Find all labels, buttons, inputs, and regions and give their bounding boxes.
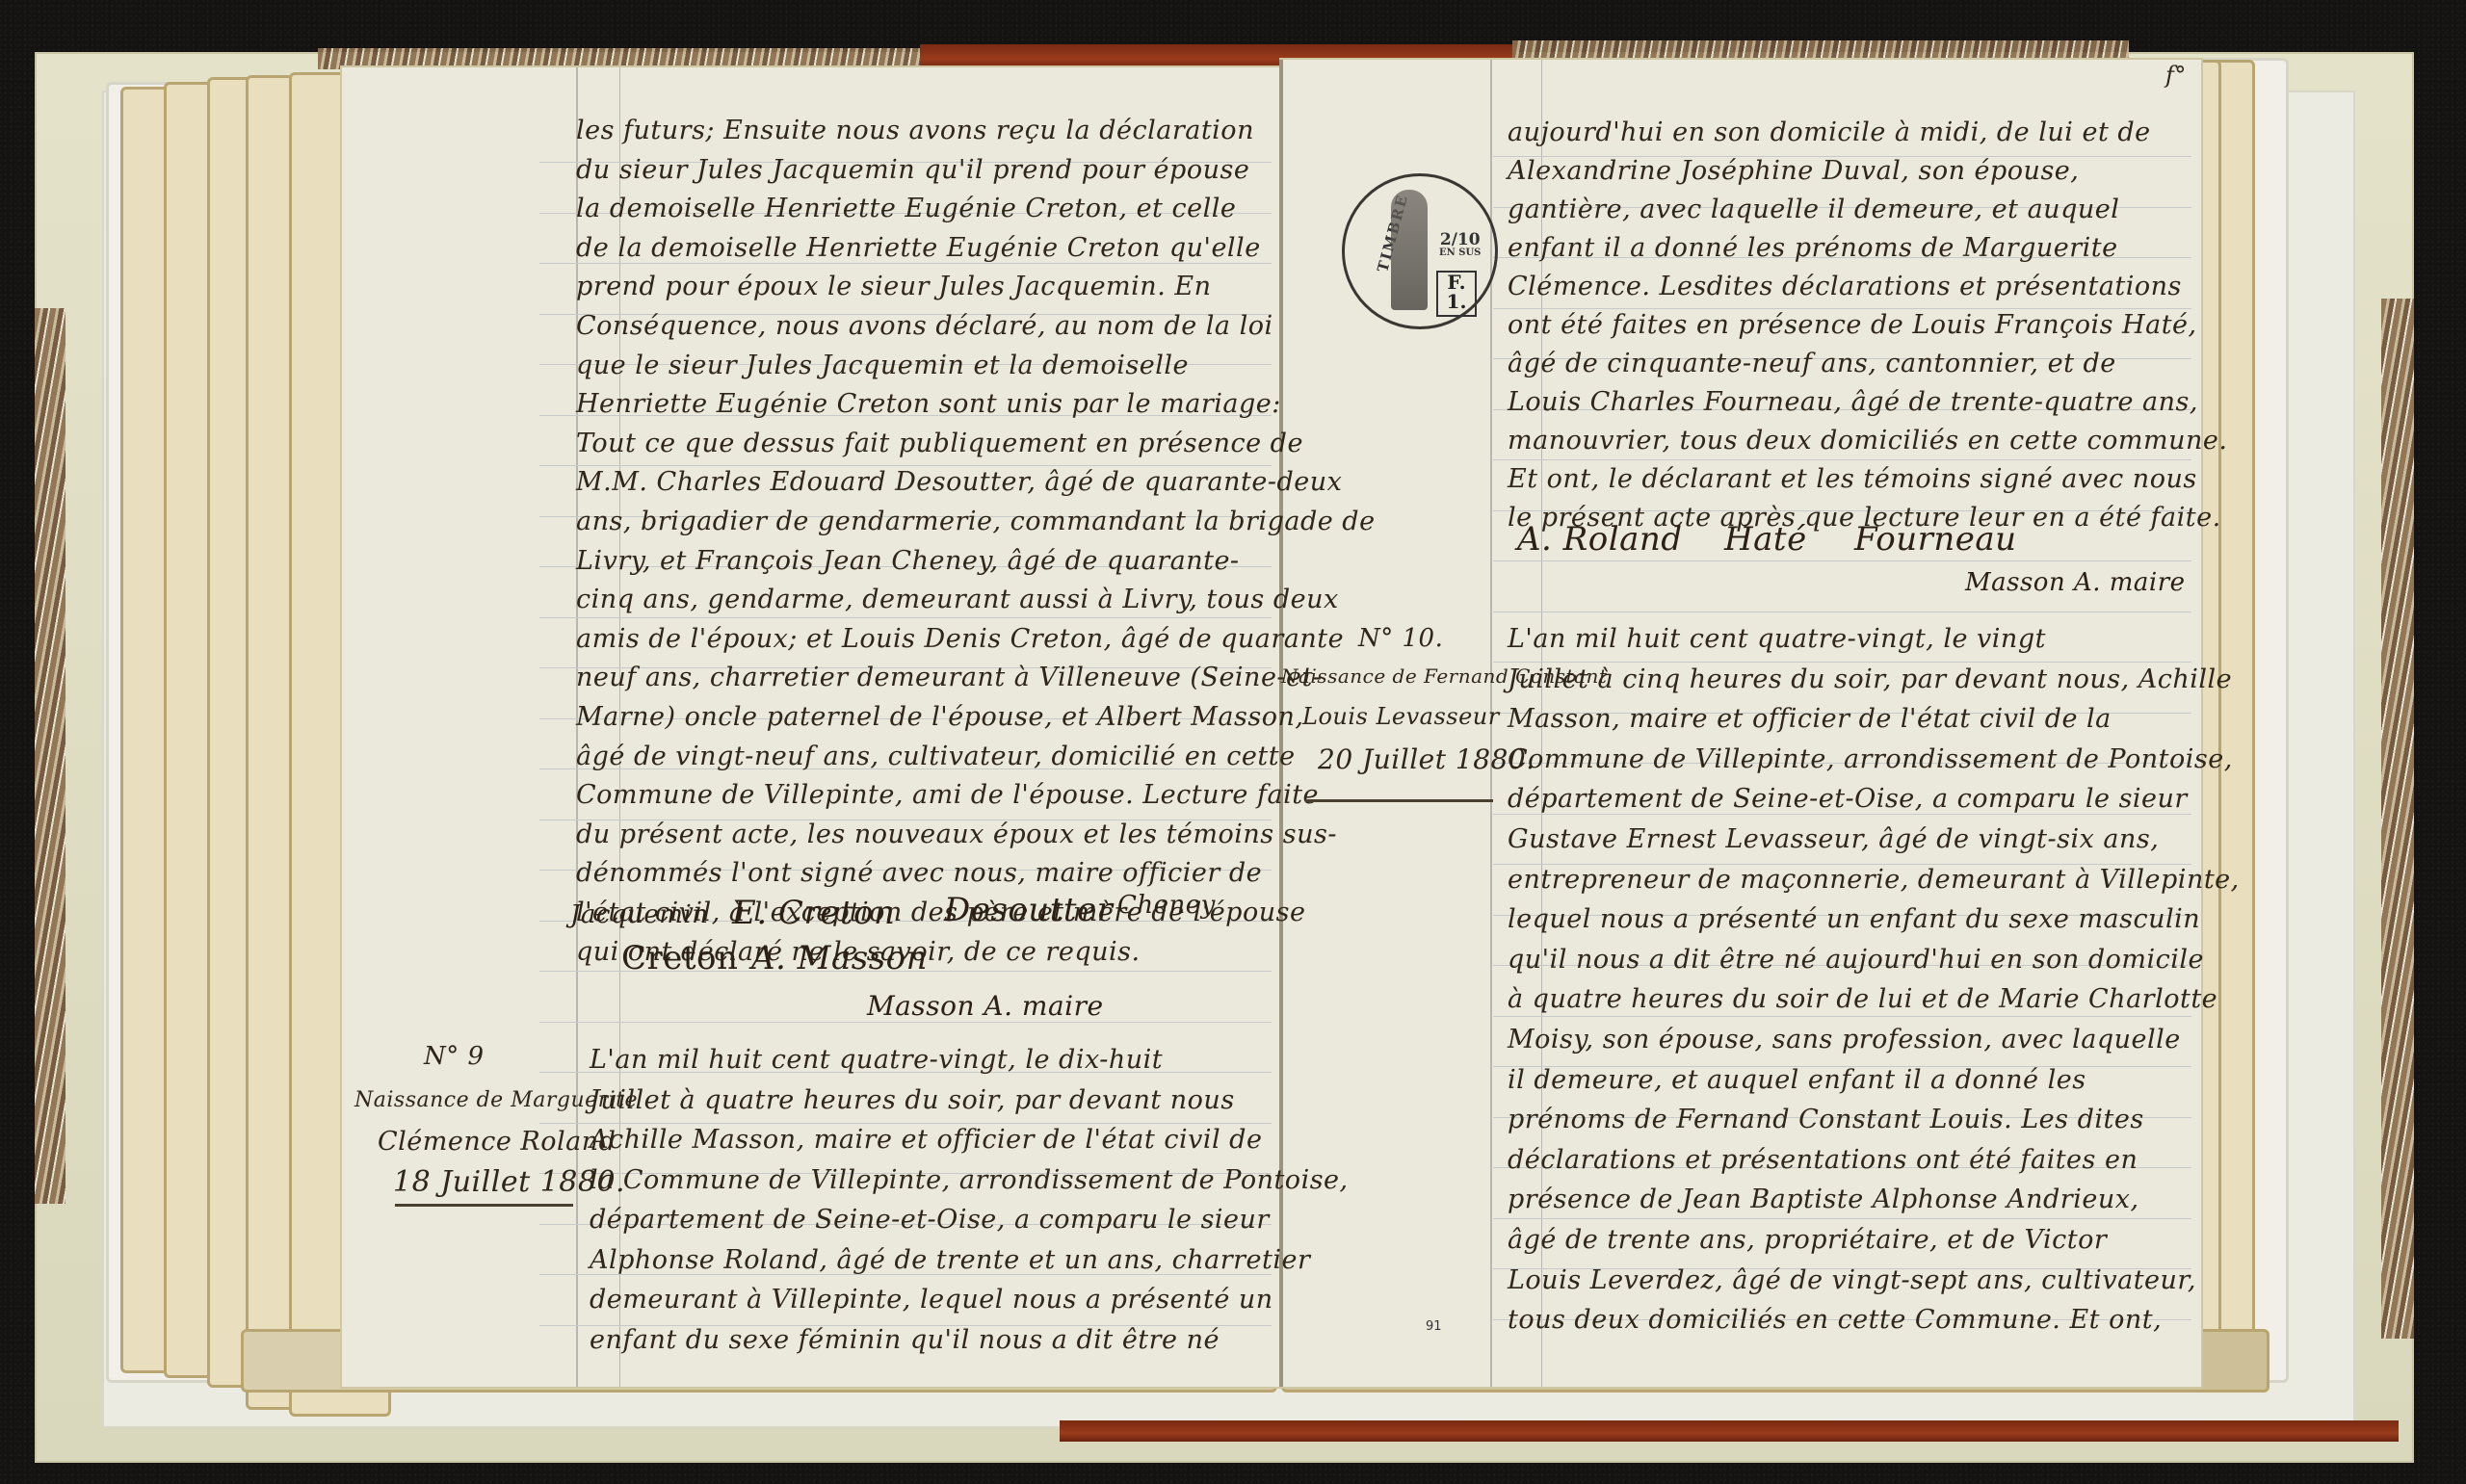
entry-9-continuation-line: aujourd'hui en son domicile à midi, de l… xyxy=(1508,117,2151,147)
entry-9-continuation-line: Et ont, le déclarant et les témoins sign… xyxy=(1508,464,2197,494)
entry-10-text-line: tous deux domiciliés en cette Commune. E… xyxy=(1508,1305,2162,1335)
stamp-rate: 2/10 EN SUS xyxy=(1439,232,1481,258)
entry-10-number: N° 10. xyxy=(1358,624,1443,653)
entry-9-text-line: département de Seine-et-Oise, a comparu … xyxy=(590,1205,1270,1235)
entry-10-text-line: entrepreneur de maçonnerie, demeurant à … xyxy=(1508,865,2240,895)
ruled-line xyxy=(539,465,1272,466)
marbled-cover-top-left xyxy=(318,48,925,69)
marriage-text-line: de la demoiselle Henriette Eugénie Creto… xyxy=(576,233,1261,263)
marriage-text-line: dénommés l'ont signé avec nous, maire of… xyxy=(576,858,1262,888)
ruled-line xyxy=(1493,308,2191,309)
entry-10-text-line: Gustave Ernest Levasseur, âgé de vingt-s… xyxy=(1508,824,2159,854)
marriage-text-line: M.M. Charles Edouard Desoutter, âgé de q… xyxy=(576,467,1342,497)
marriage-text-line: cinq ans, gendarme, demeurant aussi à Li… xyxy=(576,585,1339,614)
ruled-line xyxy=(539,1123,1272,1124)
marriage-text-line: ans, brigadier de gendarmerie, commandan… xyxy=(576,507,1376,536)
signature-a-roland: A. Roland xyxy=(1517,520,1683,559)
entry-10-text-line: Commune de Villepinte, arrondissement de… xyxy=(1508,744,2233,774)
entry-10-text-line: il demeure, et auquel enfant il a donné … xyxy=(1508,1065,2086,1095)
entry-10-text-line: à quatre heures du soir de lui et de Mar… xyxy=(1508,984,2217,1014)
marriage-text-line: prend pour époux le sieur Jules Jacquemi… xyxy=(576,272,1211,301)
marriage-text-line: Conséquence, nous avons déclaré, au nom … xyxy=(576,311,1273,341)
entry-9-text-line: enfant du sexe féminin qu'il nous a dit … xyxy=(590,1325,1220,1355)
entry-9-continuation-line: enfant il a donné les prénoms de Marguer… xyxy=(1508,233,2118,263)
entry-9-text-line: L'an mil huit cent quatre-vingt, le dix-… xyxy=(590,1045,1163,1075)
marriage-text-line: Henriette Eugénie Creton sont unis par l… xyxy=(576,389,1281,419)
entry-10-text-line: Masson, maire et officier de l'état civi… xyxy=(1508,704,2112,734)
entry-10-text-line: déclarations et présentations ont été fa… xyxy=(1508,1145,2138,1175)
entry-10-text-line: Louis Leverdez, âgé de vingt-sept ans, c… xyxy=(1508,1265,2196,1295)
ruled-line xyxy=(1493,1218,2191,1219)
folio-mark: f° xyxy=(2165,62,2187,89)
entry-10-text-line: Moisy, son épouse, sans profession, avec… xyxy=(1508,1025,2181,1054)
marriage-text-line: âgé de vingt-neuf ans, cultivateur, domi… xyxy=(576,742,1296,771)
entry-10-text-line: département de Seine-et-Oise, a comparu … xyxy=(1508,784,2188,814)
entry-9-margin-underline xyxy=(395,1204,573,1207)
marriage-text-line: neuf ans, charretier demeurant à Villene… xyxy=(576,663,1323,692)
entry-9-continuation-line: gantière, avec laquelle il demeure, et a… xyxy=(1508,195,2119,224)
entry-10-text-line: L'an mil huit cent quatre-vingt, le ving… xyxy=(1508,624,2046,654)
ruled-line xyxy=(1493,1016,2191,1017)
entry-10-text-line: qu'il nous a dit être né aujourd'hui en … xyxy=(1508,945,2204,975)
entry-10-text-line: âgé de trente ans, propriétaire, et de V… xyxy=(1508,1225,2107,1255)
entry-9-text-line: Juillet à quatre heures du soir, par dev… xyxy=(590,1085,1235,1115)
entry-9-continuation-line: ont été faites en présence de Louis Fran… xyxy=(1508,310,2197,340)
ruled-line xyxy=(539,263,1272,264)
entry-10-text-line: Juillet à cinq heures du soir, par devan… xyxy=(1508,664,2232,694)
entry-9-continuation-line: Louis Charles Fourneau, âgé de trente-qu… xyxy=(1508,387,2198,417)
marriage-text-line: Commune de Villepinte, ami de l'épouse. … xyxy=(576,780,1319,810)
marriage-text-line: amis de l'époux; et Louis Denis Creton, … xyxy=(576,624,1344,654)
entry-9-text-line: Achille Masson, maire et officier de l'é… xyxy=(590,1125,1262,1155)
signature-cheney: Cheney xyxy=(1117,891,1216,920)
entry-9-text-line: la Commune de Villepinte, arrondissement… xyxy=(590,1165,1349,1195)
entry-10-name: Louis Levasseur xyxy=(1302,703,1500,730)
signature-jacquemin: Jacquemin xyxy=(570,900,708,929)
marriage-text-line: Tout ce que dessus fait publiquement en … xyxy=(576,429,1303,458)
signature-hate: Haté xyxy=(1724,520,1807,559)
ruled-line xyxy=(1493,459,2191,460)
entry-9-continuation-line: manouvrier, tous deux domiciliés en cett… xyxy=(1508,426,2227,456)
spine-bottom xyxy=(1060,1420,2399,1442)
marriage-text-line: les futurs; Ensuite nous avons reçu la d… xyxy=(576,116,1254,145)
ruled-line xyxy=(1493,612,2191,612)
marriage-text-line: que le sieur Jules Jacquemin et la demoi… xyxy=(576,351,1189,380)
signature-creton: Creton xyxy=(621,939,738,977)
entry-9-continuation-line: âgé de cinquante-neuf ans, cantonnier, e… xyxy=(1508,349,2116,378)
marriage-text-line: Livry, et François Jean Cheney, âgé de q… xyxy=(576,546,1240,576)
justice-figure-icon xyxy=(1391,190,1428,310)
entry-9-text-line: Alphonse Roland, âgé de trente et un ans… xyxy=(590,1245,1310,1275)
marriage-text-line: du sieur Jules Jacquemin qu'il prend pou… xyxy=(576,155,1249,185)
entry-10-text-line: prénoms de Fernand Constant Louis. Les d… xyxy=(1508,1105,2144,1134)
entry-9-number: N° 9 xyxy=(424,1042,485,1071)
timbre-stamp: TIMBRE 2/10 EN SUS F. 1. xyxy=(1342,173,1498,329)
ruled-line xyxy=(1493,560,2191,561)
entry-10-text-line: lequel nous a présenté un enfant du sexe… xyxy=(1508,904,2200,934)
ruled-line xyxy=(1493,662,2191,663)
entry-9-continuation-line: Alexandrine Joséphine Duval, son épouse, xyxy=(1508,156,2079,186)
entry-10-text-line: présence de Jean Baptiste Alphonse Andri… xyxy=(1508,1185,2139,1214)
marbled-cover-right-edge xyxy=(2381,299,2414,1339)
page-number: 91 xyxy=(1426,1319,1442,1334)
signature-a-masson: A. Masson xyxy=(751,939,928,977)
signature-mayor-masson: Masson A. maire xyxy=(867,990,1104,1022)
marriage-text-line: Marne) oncle paternel de l'épouse, et Al… xyxy=(576,702,1303,732)
signature-e-creton: E. Creton xyxy=(732,894,895,932)
signature-fourneau: Fourneau xyxy=(1854,520,2017,559)
entry-9-name: Clémence Roland xyxy=(378,1127,616,1157)
entry-10-margin-underline xyxy=(1305,799,1493,802)
signature-desoutter: Desoutter xyxy=(944,891,1113,929)
entry-10-date: 20 Juillet 1880. xyxy=(1318,743,1535,775)
marbled-cover-left-edge xyxy=(35,308,66,1204)
entry-9-text-line: demeurant à Villepinte, lequel nous a pr… xyxy=(590,1285,1273,1315)
stamp-value: F. 1. xyxy=(1436,271,1477,317)
ruled-line xyxy=(539,617,1272,618)
entry-9-continuation-line: Clémence. Lesdites déclarations et prése… xyxy=(1508,272,2182,301)
marriage-text-line: la demoiselle Henriette Eugénie Creton, … xyxy=(576,194,1236,223)
marriage-text-line: du présent acte, les nouveaux époux et l… xyxy=(576,820,1337,849)
signature-mayor-masson-2: Masson A. maire xyxy=(1965,568,2186,597)
